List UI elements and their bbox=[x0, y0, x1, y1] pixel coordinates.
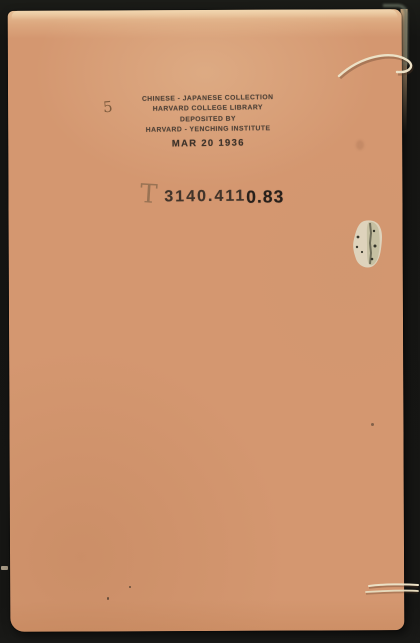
stain-patch bbox=[350, 219, 386, 271]
call-number-suffix: 0.83 bbox=[246, 180, 284, 207]
binding-thread-bottom bbox=[363, 577, 420, 599]
paper-speck bbox=[371, 423, 374, 426]
paper-smudge bbox=[356, 140, 364, 150]
call-number-main: 3140.411 bbox=[164, 181, 246, 207]
scan-background: 5 CHINESE - JAPANESE COLLECTION HARVARD … bbox=[0, 0, 420, 643]
binding-thread-top bbox=[333, 48, 420, 84]
library-stamp: CHINESE - JAPANESE COLLECTION HARVARD CO… bbox=[127, 93, 290, 150]
paper-speck bbox=[107, 597, 109, 600]
call-number: T 3140.411 0.83 bbox=[140, 180, 284, 208]
scan-artifact-mark bbox=[1, 566, 8, 570]
paper-speck bbox=[129, 586, 131, 588]
handwritten-number: 5 bbox=[102, 98, 113, 117]
call-number-prefix: T bbox=[139, 181, 158, 208]
stamp-line-institute: HARVARD - YENCHING INSTITUTE bbox=[127, 124, 289, 137]
